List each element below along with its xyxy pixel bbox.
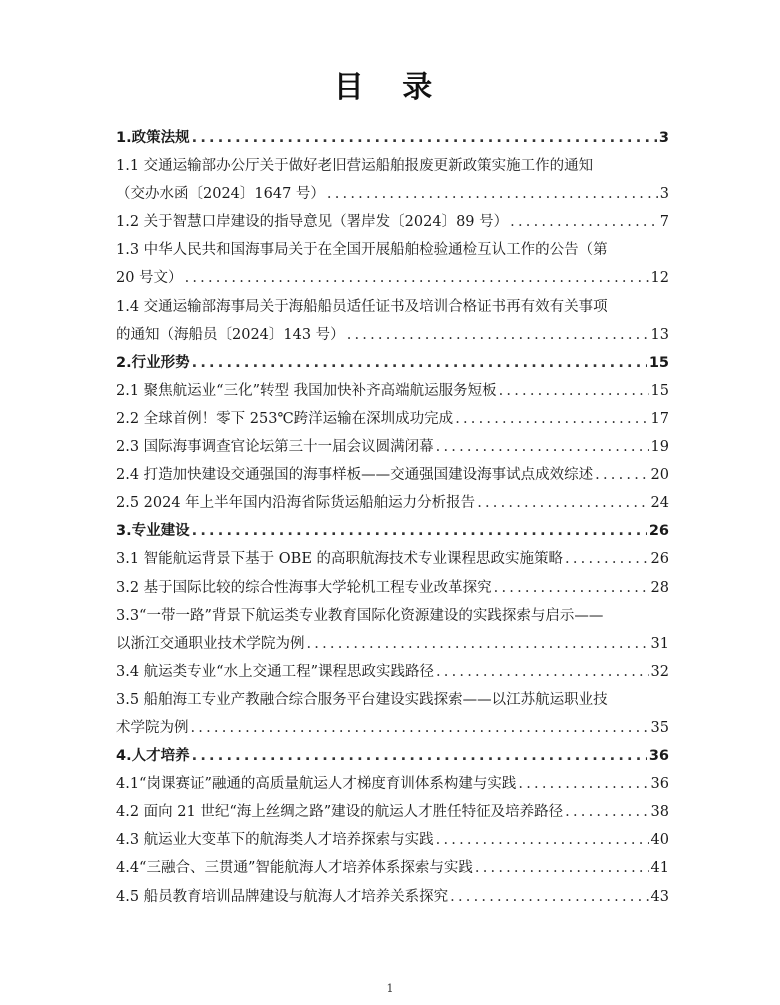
toc-entry-line: 3.专业建设26 — [116, 517, 669, 545]
toc-entry-title: 2.4 打造加快建设交通强国的海事样板——交通强国建设海事试点成效综述 — [116, 461, 593, 489]
toc-entry-line: 的通知（海船员〔2024〕143 号）13 — [116, 321, 669, 349]
toc-entry[interactable]: 3.2 基于国际比较的综合性海事大学轮机工程专业改革探究28 — [116, 574, 669, 602]
toc-entry-title-line: 1.1 交通运输部办公厅关于做好老旧营运船舶报废更新政策实施工作的通知 — [116, 152, 669, 180]
toc-page-number: 32 — [651, 658, 669, 686]
dot-leader — [477, 489, 648, 517]
toc-entry-title: 3.2 基于国际比较的综合性海事大学轮机工程专业改革探究 — [116, 574, 492, 602]
dot-leader — [327, 180, 658, 208]
toc-entry-title: 20 号文） — [116, 264, 183, 292]
toc-entry[interactable]: 4.2 面向 21 世纪“海上丝绸之路”建设的航运人才胜任特征及培养路径38 — [116, 798, 669, 826]
dot-leader — [436, 826, 649, 854]
toc-entry[interactable]: 2.5 2024 年上半年国内沿海省际货运船舶运力分析报告24 — [116, 489, 669, 517]
toc-page-number: 13 — [651, 321, 669, 349]
toc-entry-title: 4.5 船员教育培训品牌建设与航海人才培养关系探究 — [116, 883, 448, 911]
toc-entry-line: 20 号文）12 — [116, 264, 669, 292]
toc-page-number: 20 — [651, 461, 669, 489]
toc-entry-title: 2.1 聚焦航运业“三化”转型 我国加快补齐高端航运服务短板 — [116, 377, 497, 405]
toc-entry-title: 术学院为例 — [116, 714, 189, 742]
toc-entry[interactable]: 3.3“一带一路”背景下航运类专业教育国际化资源建设的实践探索与启示——以浙江交… — [116, 602, 669, 658]
toc-section-heading[interactable]: 4.人才培养36 — [116, 742, 669, 770]
dot-leader — [192, 517, 647, 545]
toc-entry-line: （交办水函〔2024〕1647 号）3 — [116, 180, 669, 208]
toc-entry-line: 2.1 聚焦航运业“三化”转型 我国加快补齐高端航运服务短板15 — [116, 377, 669, 405]
toc-page-number: 15 — [651, 377, 669, 405]
dot-leader — [595, 461, 648, 489]
toc-entry-line: 3.4 航运类专业“水上交通工程”课程思政实践路径32 — [116, 658, 669, 686]
toc-entry-line: 4.4“三融合、三贯通”智能航海人才培养体系探索与实践41 — [116, 854, 669, 882]
toc-entry-title: 3.4 航运类专业“水上交通工程”课程思政实践路径 — [116, 658, 434, 686]
toc-entry-line: 4.3 航运业大变革下的航海类人才培养探索与实践40 — [116, 826, 669, 854]
toc-page-number: 35 — [651, 714, 669, 742]
page-number: 1 — [0, 982, 780, 995]
toc-entry-title: 2.行业形势 — [116, 349, 190, 377]
toc-entry[interactable]: 2.2 全球首例！零下 253℃跨洋运输在深圳成功完成17 — [116, 405, 669, 433]
toc-entry[interactable]: 4.4“三融合、三贯通”智能航海人才培养体系探索与实践41 — [116, 854, 669, 882]
dot-leader — [475, 854, 649, 882]
toc-entry-title: 4.2 面向 21 世纪“海上丝绸之路”建设的航运人才胜任特征及培养路径 — [116, 798, 563, 826]
toc-page-number: 41 — [651, 854, 669, 882]
toc-entry[interactable]: 1.3 中华人民共和国海事局关于在全国开展船舶检验通检互认工作的公告（第20 号… — [116, 236, 669, 292]
dot-leader — [192, 742, 647, 770]
toc-entry-title: 4.1“岗课赛证”融通的高质量航运人才梯度育训体系构建与实践 — [116, 770, 516, 798]
toc-entry[interactable]: 4.5 船员教育培训品牌建设与航海人才培养关系探究43 — [116, 883, 669, 911]
toc-entry-line: 4.2 面向 21 世纪“海上丝绸之路”建设的航运人才胜任特征及培养路径38 — [116, 798, 669, 826]
toc-entry-line: 4.人才培养36 — [116, 742, 669, 770]
toc-entry[interactable]: 2.3 国际海事调查官论坛第三十一届会议圆满闭幕19 — [116, 433, 669, 461]
toc-page-number: 15 — [649, 349, 669, 377]
dot-leader — [518, 770, 648, 798]
dot-leader — [436, 433, 649, 461]
toc-entry-title: 4.3 航运业大变革下的航海类人才培养探索与实践 — [116, 826, 434, 854]
toc-page-number: 19 — [651, 433, 669, 461]
toc-entry-title-line: 1.4 交通运输部海事局关于海船船员适任证书及培训合格证书再有效有关事项 — [116, 293, 669, 321]
toc-entry-line: 2.2 全球首例！零下 253℃跨洋运输在深圳成功完成17 — [116, 405, 669, 433]
toc-entry-title: 4.4“三融合、三贯通”智能航海人才培养体系探索与实践 — [116, 854, 473, 882]
dot-leader — [347, 321, 649, 349]
toc-entry[interactable]: 4.3 航运业大变革下的航海类人才培养探索与实践40 — [116, 826, 669, 854]
toc-page-number: 43 — [651, 883, 669, 911]
page-title: 目 录 — [0, 62, 780, 106]
toc-page-number: 17 — [651, 405, 669, 433]
dot-leader — [192, 349, 647, 377]
toc-entry[interactable]: 3.5 船舶海工专业产教融合综合服务平台建设实践探索——以江苏航运职业技术学院为… — [116, 686, 669, 742]
toc-entry-title: 3.专业建设 — [116, 517, 190, 545]
toc-page-number: 36 — [649, 742, 669, 770]
toc-page-number: 26 — [649, 517, 669, 545]
toc-entry-line: 4.5 船员教育培训品牌建设与航海人才培养关系探究43 — [116, 883, 669, 911]
toc-page-number: 7 — [660, 208, 669, 236]
dot-leader — [185, 264, 649, 292]
dot-leader — [499, 377, 649, 405]
toc-entry-title: 2.5 2024 年上半年国内沿海省际货运船舶运力分析报告 — [116, 489, 475, 517]
toc-page-number: 28 — [651, 574, 669, 602]
toc-entry[interactable]: 3.4 航运类专业“水上交通工程”课程思政实践路径32 — [116, 658, 669, 686]
toc-entry-line: 3.1 智能航运背景下基于 OBE 的高职航海技术专业课程思政实施策略26 — [116, 545, 669, 573]
toc-entry-line: 4.1“岗课赛证”融通的高质量航运人才梯度育训体系构建与实践36 — [116, 770, 669, 798]
dot-leader — [565, 545, 649, 573]
toc-entry-line: 2.行业形势15 — [116, 349, 669, 377]
toc-entry[interactable]: 1.4 交通运输部海事局关于海船船员适任证书及培训合格证书再有效有关事项的通知（… — [116, 293, 669, 349]
toc-entry[interactable]: 4.1“岗课赛证”融通的高质量航运人才梯度育训体系构建与实践36 — [116, 770, 669, 798]
toc-entry-title: 2.3 国际海事调查官论坛第三十一届会议圆满闭幕 — [116, 433, 434, 461]
toc-entry[interactable]: 1.2 关于智慧口岸建设的指导意见（署岸发〔2024〕89 号）7 — [116, 208, 669, 236]
toc-entry-line: 以浙江交通职业技术学院为例31 — [116, 630, 669, 658]
toc-entry-title-line: 3.3“一带一路”背景下航运类专业教育国际化资源建设的实践探索与启示—— — [116, 602, 669, 630]
toc-page-number: 36 — [651, 770, 669, 798]
toc-page-number: 26 — [651, 545, 669, 573]
toc-page-number: 31 — [651, 630, 669, 658]
toc-entry[interactable]: 3.1 智能航运背景下基于 OBE 的高职航海技术专业课程思政实施策略26 — [116, 545, 669, 573]
dot-leader — [510, 208, 658, 236]
dot-leader — [450, 883, 648, 911]
toc-page-number: 12 — [651, 264, 669, 292]
dot-leader — [191, 714, 649, 742]
dot-leader — [565, 798, 648, 826]
toc-entry-title: 以浙江交通职业技术学院为例 — [116, 630, 305, 658]
toc-entry[interactable]: 1.1 交通运输部办公厅关于做好老旧营运船舶报废更新政策实施工作的通知（交办水函… — [116, 152, 669, 208]
dot-leader — [192, 124, 657, 152]
dot-leader — [436, 658, 649, 686]
toc-entry[interactable]: 2.1 聚焦航运业“三化”转型 我国加快补齐高端航运服务短板15 — [116, 377, 669, 405]
dot-leader — [494, 574, 649, 602]
toc-entry-title: 4.人才培养 — [116, 742, 190, 770]
toc-entry-line: 3.2 基于国际比较的综合性海事大学轮机工程专业改革探究28 — [116, 574, 669, 602]
toc-page-number: 3 — [659, 124, 669, 152]
toc-page-number: 38 — [651, 798, 669, 826]
toc-section-heading[interactable]: 1.政策法规3 — [116, 124, 669, 152]
toc-entry[interactable]: 2.4 打造加快建设交通强国的海事样板——交通强国建设海事试点成效综述20 — [116, 461, 669, 489]
dot-leader — [307, 630, 649, 658]
toc-entry-title: 1.2 关于智慧口岸建设的指导意见（署岸发〔2024〕89 号） — [116, 208, 508, 236]
toc-entry-line: 2.4 打造加快建设交通强国的海事样板——交通强国建设海事试点成效综述20 — [116, 461, 669, 489]
toc-entry-line: 1.政策法规3 — [116, 124, 669, 152]
toc-page-number: 40 — [651, 826, 669, 854]
toc-entry-title-line: 1.3 中华人民共和国海事局关于在全国开展船舶检验通检互认工作的公告（第 — [116, 236, 669, 264]
toc-section-heading[interactable]: 3.专业建设26 — [116, 517, 669, 545]
toc-entry-title: 3.1 智能航运背景下基于 OBE 的高职航海技术专业课程思政实施策略 — [116, 545, 563, 573]
toc-entry-title-line: 3.5 船舶海工专业产教融合综合服务平台建设实践探索——以江苏航运职业技 — [116, 686, 669, 714]
dot-leader — [455, 405, 648, 433]
toc-entry-line: 术学院为例35 — [116, 714, 669, 742]
toc-page-number: 3 — [660, 180, 669, 208]
toc-entry-title: 1.政策法规 — [116, 124, 190, 152]
toc-entry-title: 的通知（海船员〔2024〕143 号） — [116, 321, 345, 349]
toc-entry-title: 2.2 全球首例！零下 253℃跨洋运输在深圳成功完成 — [116, 405, 453, 433]
toc-entry-title: （交办水函〔2024〕1647 号） — [116, 180, 325, 208]
toc-entry-line: 2.5 2024 年上半年国内沿海省际货运船舶运力分析报告24 — [116, 489, 669, 517]
toc-page-number: 24 — [651, 489, 669, 517]
table-of-contents: 1.政策法规31.1 交通运输部办公厅关于做好老旧营运船舶报废更新政策实施工作的… — [116, 124, 669, 911]
toc-section-heading[interactable]: 2.行业形势15 — [116, 349, 669, 377]
toc-entry-line: 2.3 国际海事调查官论坛第三十一届会议圆满闭幕19 — [116, 433, 669, 461]
toc-entry-line: 1.2 关于智慧口岸建设的指导意见（署岸发〔2024〕89 号）7 — [116, 208, 669, 236]
